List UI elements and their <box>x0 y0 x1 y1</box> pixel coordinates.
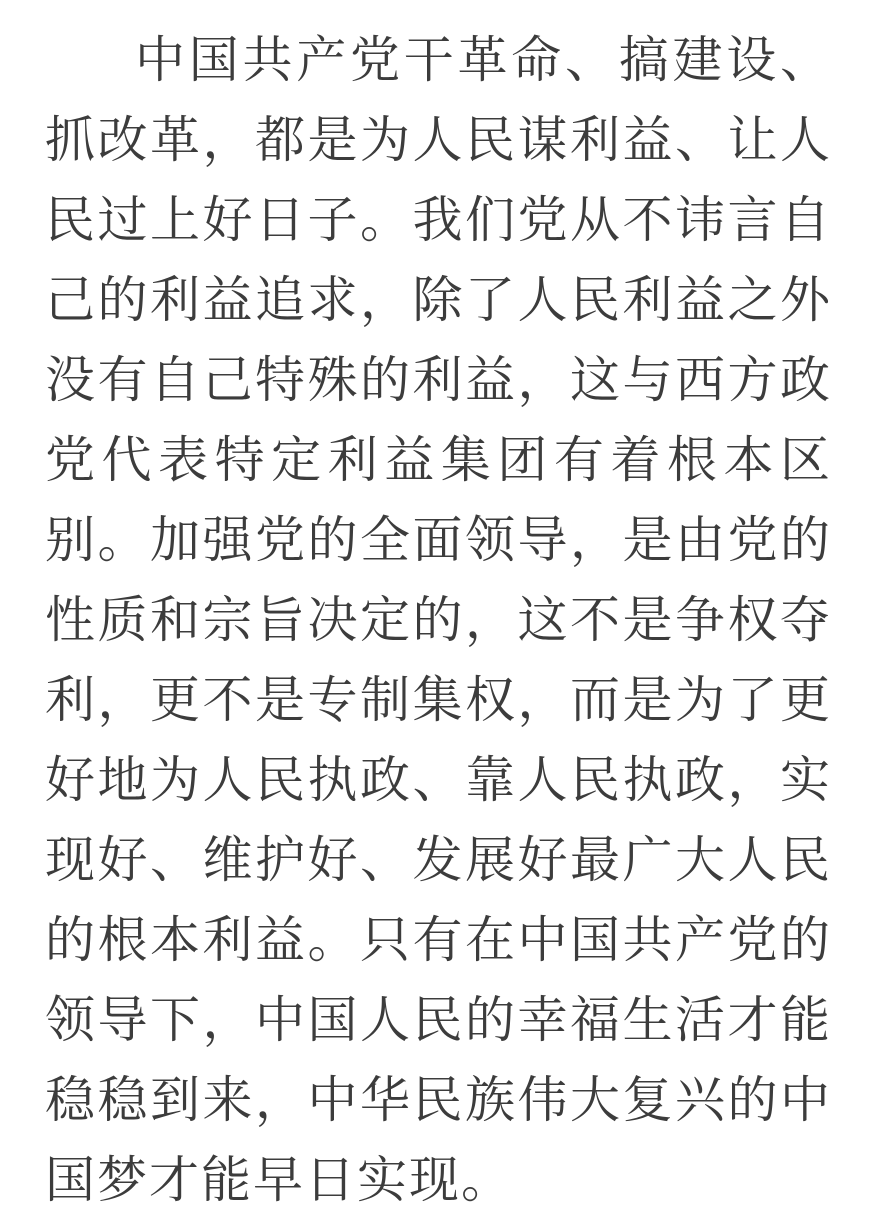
text-line: 领导下，中国人民的幸福生活才能 <box>45 980 832 1060</box>
text-line: 中国共产党干革命、搞建设、 <box>45 20 832 100</box>
text-line: 民过上好日子。我们党从不讳言自 <box>45 180 832 260</box>
text-line: 国梦才能早日实现。 <box>45 1140 832 1220</box>
text-line: 的根本利益。只有在中国共产党的 <box>45 900 832 980</box>
text-line: 抓改革，都是为人民谋利益、让人 <box>45 100 832 180</box>
text-line: 没有自己特殊的利益，这与西方政 <box>45 340 832 420</box>
text-line: 好地为人民执政、靠人民执政，实 <box>45 740 832 820</box>
text-line: 利，更不是专制集权，而是为了更 <box>45 660 832 740</box>
text-paragraph: 中国共产党干革命、搞建设、抓改革，都是为人民谋利益、让人民过上好日子。我们党从不… <box>45 20 832 1220</box>
text-line: 党代表特定利益集团有着根本区 <box>45 420 832 500</box>
text-line: 现好、维护好、发展好最广大人民 <box>45 820 832 900</box>
text-line: 稳稳到来，中华民族伟大复兴的中 <box>45 1060 832 1140</box>
document-page: 中国共产党干革命、搞建设、抓改革，都是为人民谋利益、让人民过上好日子。我们党从不… <box>0 0 876 1228</box>
text-line: 性质和宗旨决定的，这不是争权夺 <box>45 580 832 660</box>
text-line: 己的利益追求，除了人民利益之外 <box>45 260 832 340</box>
text-line: 别。加强党的全面领导，是由党的 <box>45 500 832 580</box>
